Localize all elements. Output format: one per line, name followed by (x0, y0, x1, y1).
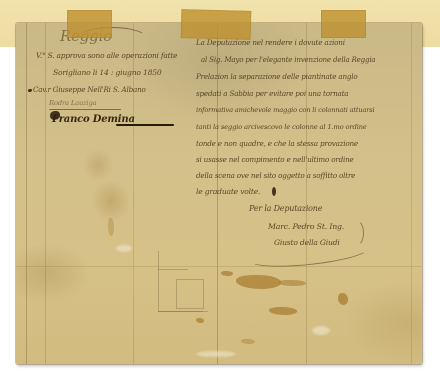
left-line: Cav.r Giuseppe Nell'Ri S. Albano (33, 86, 146, 93)
right-line: al Sig. Mayo per l'elegante invenzione d… (201, 56, 375, 63)
right-line: le graduate volte. (196, 188, 260, 196)
signature: Marc. Pedro St. Ing. (268, 223, 344, 231)
underline (49, 109, 121, 110)
water-stain (236, 275, 281, 289)
fold-line (411, 23, 412, 364)
pencil-sketch (158, 311, 208, 312)
right-line: spedati a Sabbia per evitare poi una tor… (196, 90, 348, 97)
letter-paper: Reggio V.° S. approva sono alle operazio… (16, 23, 422, 364)
right-line: La Deputazione nel rendere i dovute azio… (196, 39, 345, 46)
fold-line (26, 23, 27, 364)
signature-stroke (116, 124, 174, 126)
right-line: tonde e non quadre, e che la stessa prov… (196, 140, 358, 147)
document-viewer: Reggio V.° S. approva sono alle operazio… (0, 0, 440, 376)
tape-strip (321, 10, 366, 38)
paper-scuff (196, 351, 236, 357)
left-line: Sorigliano li 14 : giugno 1850 (53, 69, 162, 77)
tape-strip (181, 9, 252, 40)
water-stain (278, 280, 306, 286)
water-stain (221, 271, 233, 276)
right-line: tanti la seggio arcivescovo le colonne a… (196, 124, 367, 131)
ink-blot (272, 187, 276, 196)
fold-line (45, 23, 46, 364)
water-stain (196, 318, 204, 323)
ink-blot (28, 89, 32, 92)
water-stain (269, 307, 297, 315)
paper-scuff (312, 326, 330, 335)
right-line: Prelazion la separazione delle piantinat… (196, 73, 358, 80)
pencil-sketch (158, 269, 188, 270)
fold-line (16, 266, 422, 267)
tape-strip (67, 10, 112, 38)
left-line: Rodra Lauziga (49, 100, 97, 107)
right-line: informativa amichevole maggio con li col… (196, 107, 374, 114)
right-line: della scena ove nel sito oggetto a soffi… (196, 172, 355, 179)
signature-flourish (346, 219, 364, 247)
water-stain (108, 218, 114, 236)
pencil-sketch (176, 279, 204, 309)
left-line: V.° S. approva sono alle operazioni fatt… (36, 52, 177, 59)
paper-scuff (116, 245, 132, 252)
water-stain (241, 339, 255, 344)
closing-line: Per la Deputazione (249, 205, 322, 213)
water-stain (338, 293, 348, 305)
right-line: si usasse nel compimento e nell'ultimo o… (196, 156, 354, 163)
